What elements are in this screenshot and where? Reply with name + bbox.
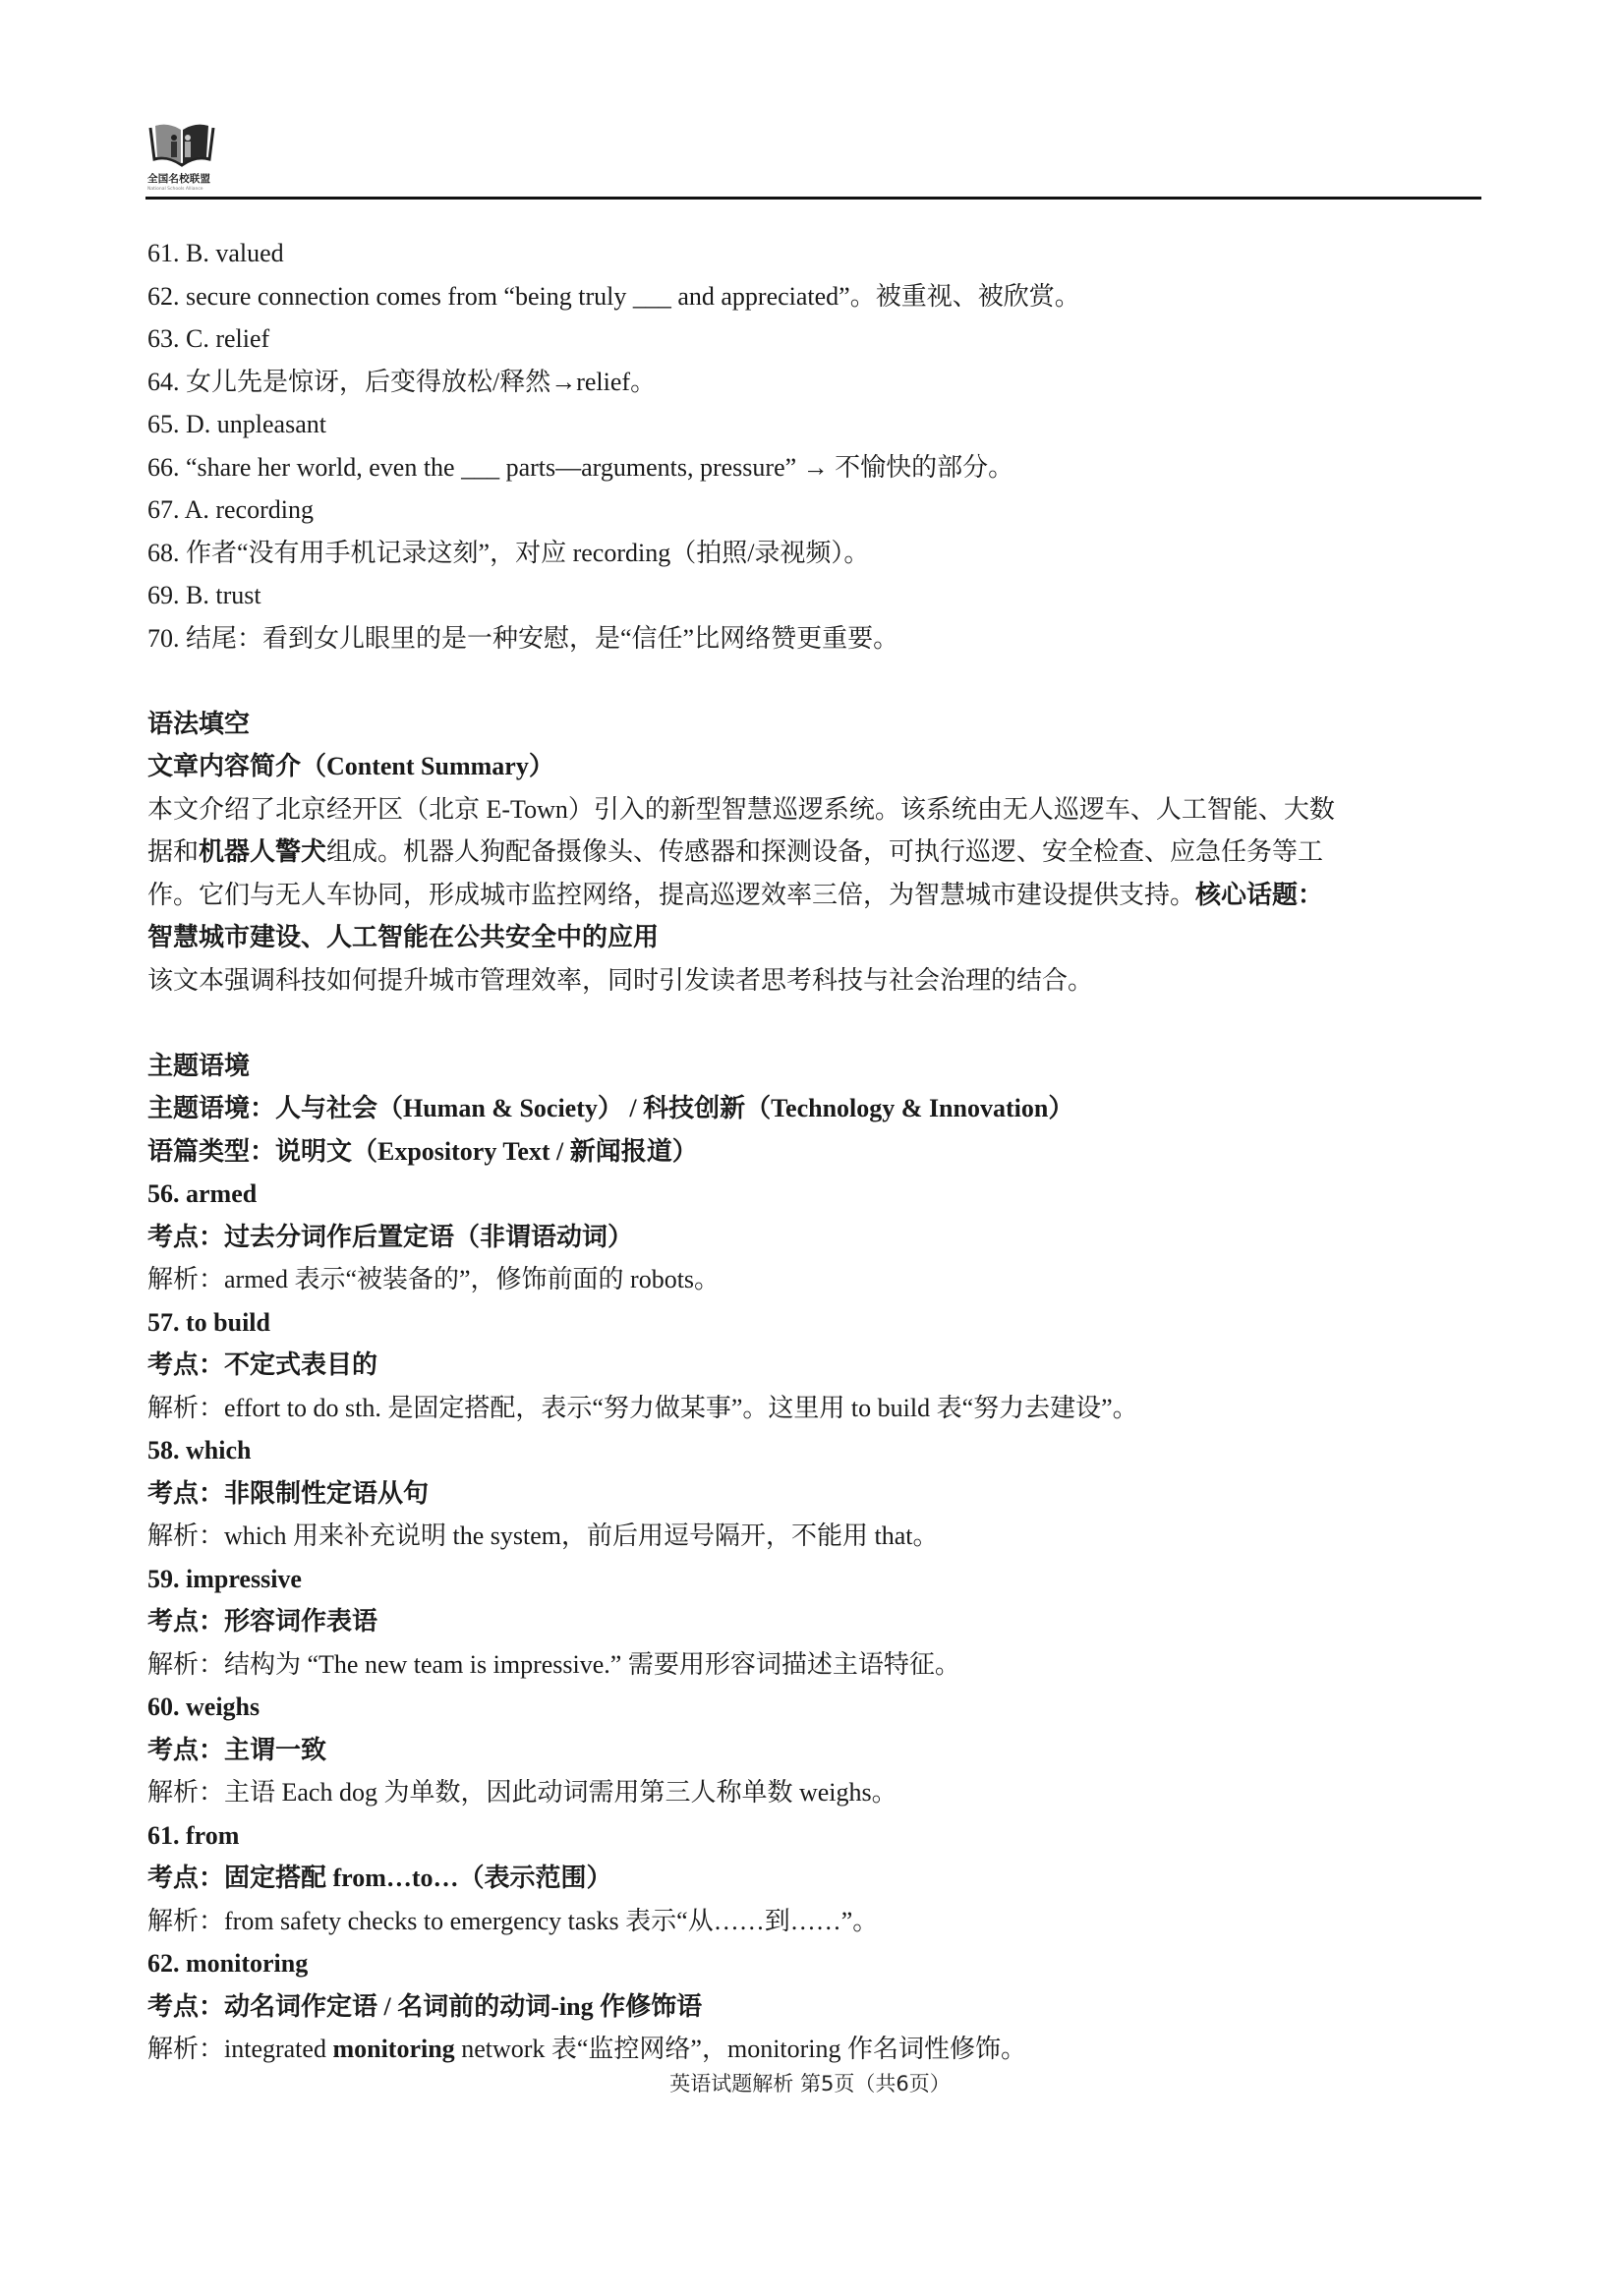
answer-line: 67. A. recording [147,488,1484,532]
theme-line: 主题语境：人与社会（Human & Society） / 科技创新（Techno… [147,1087,1484,1130]
page-footer: 英语试题解析 第5页（共6页） [0,2068,1620,2097]
theme-title: 主题语境 [147,1045,1484,1088]
item-analysis: 解析：effort to do sth. 是固定搭配，表示“努力做某事”。这里用… [147,1387,1484,1430]
item-point: 考点：动名词作定语 / 名词前的动词-ing 作修饰语 [147,1985,1484,2029]
grammar-item: 62. monitoring 考点：动名词作定语 / 名词前的动词-ing 作修… [147,1942,1484,2071]
item-answer: 56. armed [147,1173,1484,1216]
answer-line: 62. secure connection comes from “being … [147,275,1484,318]
core-topic: 智慧城市建设、人工智能在公共安全中的应用 [147,923,659,951]
summary-text: 组成。机器人狗配备摄像头、传感器和探测设备，可执行巡逻、安全检查、应急任务等工 [326,837,1323,866]
grammar-item: 58. which 考点：非限制性定语从句 解析：which 用来补充说明 th… [147,1429,1484,1558]
item-answer: 61. from [147,1814,1484,1858]
document-body: 61. B. valued 62. secure connection come… [147,232,1484,2071]
grammar-item: 57. to build 考点：不定式表目的 解析：effort to do s… [147,1301,1484,1430]
grammar-item: 60. weighs 考点：主谓一致 解析：主语 Each dog 为单数，因此… [147,1686,1484,1814]
core-topic-label: 核心话题： [1195,881,1323,909]
summary-line: 本文介绍了北京经开区（北京 E-Town）引入的新型智慧巡逻系统。该系统由无人巡… [147,788,1484,832]
item-analysis: 解析：armed 表示“被装备的”，修饰前面的 robots。 [147,1258,1484,1301]
answer-line: 65. D. unpleasant [147,403,1484,446]
open-book-icon [148,120,215,169]
analysis-keyword: monitoring [332,2035,454,2063]
item-answer: 60. weighs [147,1686,1484,1729]
answer-line: 63. C. relief [147,317,1484,361]
summary-line: 作。它们与无人车协同，形成城市监控网络，提高巡逻效率三倍，为智慧城市建设提供支持… [147,874,1484,917]
item-answer: 62. monitoring [147,1942,1484,1985]
school-alliance-logo: 全国名校联盟 National Schools Alliance [145,120,222,197]
item-point: 考点：形容词作表语 [147,1600,1484,1643]
header-divider [145,197,1481,200]
grammar-section: 语法填空 文章内容简介（Content Summary） 本文介绍了北京经开区（… [147,703,1484,1003]
logo-chinese-name: 全国名校联盟 [147,171,210,186]
item-analysis: 解析：which 用来补充说明 the system，前后用逗号隔开，不能用 t… [147,1515,1484,1558]
logo-english-name: National Schools Alliance [147,187,203,192]
spacer [147,660,1484,703]
genre-line: 语篇类型：说明文（Expository Text / 新闻报道） [147,1130,1484,1174]
summary-line: 智慧城市建设、人工智能在公共安全中的应用 [147,916,1484,959]
answer-line: 61. B. valued [147,232,1484,275]
grammar-item: 61. from 考点：固定搭配 from…to…（表示范围） 解析：from … [147,1814,1484,1943]
answer-line: 66. “share her world, even the ___ parts… [147,446,1484,489]
item-analysis: 解析：主语 Each dog 为单数，因此动词需用第三人称单数 weighs。 [147,1771,1484,1814]
answer-line: 64. 女儿先是惊讶，后变得放松/释然→relief。 [147,361,1484,404]
cloze-answers: 61. B. valued 62. secure connection come… [147,232,1484,660]
grammar-item: 59. impressive 考点：形容词作表语 解析：结构为 “The new… [147,1558,1484,1687]
answer-line: 70. 结尾：看到女儿眼里的是一种安慰，是“信任”比网络赞更重要。 [147,617,1484,660]
item-point: 考点：不定式表目的 [147,1344,1484,1387]
summary-highlight: 机器人警犬 [199,837,326,866]
summary-text: 作。它们与无人车协同，形成城市监控网络，提高巡逻效率三倍，为智慧城市建设提供支持… [147,881,1195,909]
answer-line: 68. 作者“没有用手机记录这刻”，对应 recording（拍照/录视频）。 [147,532,1484,575]
analysis-text: 解析：integrated [147,2035,332,2063]
analysis-text: network 表“监控网络”，monitoring 作名词性修饰。 [455,2035,1026,2063]
item-analysis: 解析：from safety checks to emergency tasks… [147,1900,1484,1943]
item-answer: 58. which [147,1429,1484,1472]
item-point: 考点：主谓一致 [147,1729,1484,1772]
item-answer: 57. to build [147,1301,1484,1345]
theme-section: 主题语境 主题语境：人与社会（Human & Society） / 科技创新（T… [147,1045,1484,1174]
summary-conclusion: 该文本强调科技如何提升城市管理效率，同时引发读者思考科技与社会治理的结合。 [147,959,1484,1003]
summary-text: 据和 [147,837,199,866]
summary-line: 据和机器人警犬组成。机器人狗配备摄像头、传感器和探测设备，可执行巡逻、安全检查、… [147,831,1484,874]
item-answer: 59. impressive [147,1558,1484,1601]
item-point: 考点：非限制性定语从句 [147,1472,1484,1516]
answer-line: 69. B. trust [147,574,1484,617]
grammar-item: 56. armed 考点：过去分词作后置定语（非谓语动词） 解析：armed 表… [147,1173,1484,1301]
item-point: 考点：固定搭配 from…to…（表示范围） [147,1857,1484,1900]
item-analysis: 解析：integrated monitoring network 表“监控网络”… [147,2028,1484,2071]
item-point: 考点：过去分词作后置定语（非谓语动词） [147,1216,1484,1259]
summary-title: 文章内容简介（Content Summary） [147,745,1484,788]
section-title: 语法填空 [147,703,1484,746]
summary-text: 本文介绍了北京经开区（北京 E-Town）引入的新型智慧巡逻系统。该系统由无人巡… [147,795,1335,824]
item-analysis: 解析：结构为 “The new team is impressive.” 需要用… [147,1643,1484,1687]
spacer [147,1002,1484,1045]
